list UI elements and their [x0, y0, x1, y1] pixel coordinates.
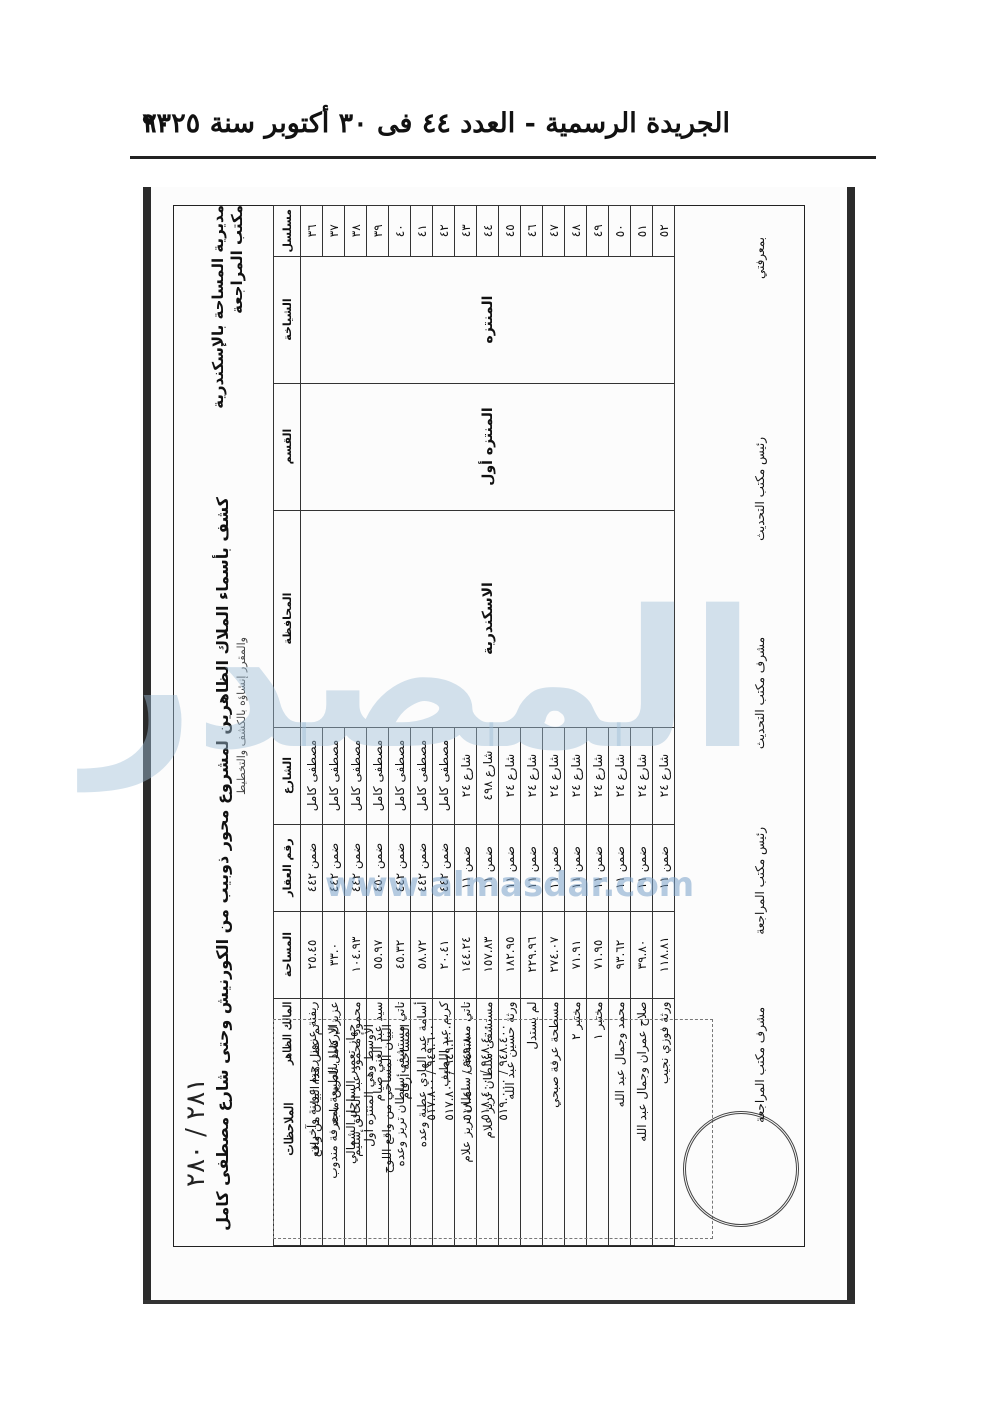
coordinate-line: ٩٤٩.٢٠٠ / ٥١٧.٨٠٠: [440, 1024, 458, 1234]
remarks-line: جهاز تعمير الساحل الشمالي: [342, 1024, 360, 1234]
signature-update-supervisor: مشرف مكتب التحديث: [753, 637, 767, 749]
qism-cell: المنتزه أول: [301, 383, 675, 510]
document-title: كشف بأسماء الملاك الظاهرين لمشروع محور ذ…: [213, 497, 232, 1231]
property-number-cell: ضمن ٤٤٢: [389, 824, 411, 911]
property-number-cell: ضمن ١١: [587, 824, 609, 911]
serial-cell: ٥١: [631, 206, 653, 257]
property-number-cell: ضمن ١١: [455, 824, 477, 911]
property-number-cell: ضمن ١١: [609, 824, 631, 911]
property-number-cell: ضمن ٤٤٢: [345, 824, 367, 911]
serial-cell: ٣٩: [367, 206, 389, 257]
serial-cell: ٤٦: [521, 206, 543, 257]
street-cell: مصطفى كامل: [367, 727, 389, 824]
street-cell: شارع ٢٤: [499, 727, 521, 824]
column-header: المساحة: [274, 911, 301, 998]
serial-cell: ٣٨: [345, 206, 367, 257]
property-number-cell: ضمن ١١: [631, 824, 653, 911]
street-cell: شارع ٢٤: [455, 727, 477, 824]
area-cell: ١١٨.٨١: [653, 911, 675, 998]
gazette-title: الجريدة الرسمية - العدد ٤٤ فى ٣٠ أكتوبر …: [142, 108, 730, 139]
column-header: مسلسل: [274, 206, 301, 257]
street-cell: شارع ٢٤: [587, 727, 609, 824]
property-number-cell: ضمن ٤٤٢: [411, 824, 433, 911]
gazette-header: الجريدة الرسمية - العدد ٤٤ فى ٣٠ أكتوبر …: [130, 108, 880, 148]
remarks-box: الملاحظات تم عمل هذا البيان من واقعالإرش…: [273, 1019, 713, 1239]
authority-block: مديرية المساحة بالإسكندرية مكتب المراجعة: [209, 205, 247, 409]
signature-update-head: رئيس مكتب التحديث: [753, 437, 767, 541]
serial-cell: ٤٨: [565, 206, 587, 257]
area-cell: ٥٨.٧٢: [411, 911, 433, 998]
street-cell: مصطفى كامل: [411, 727, 433, 824]
handwritten-reference: ٢٨١ / ٢٨٠: [181, 1078, 211, 1187]
remarks-coordinates: ٩٤٩.٦٠٠ / ٥١٧.٨٠٠٩٤٩.٢٠٠ / ٥١٧.٨٠٠٩٤٩.٨٠…: [422, 1024, 512, 1234]
rotated-page: مديرية المساحة بالإسكندرية مكتب المراجعة…: [173, 197, 813, 1247]
sheyakha-cell: المنتزه: [301, 256, 675, 383]
serial-cell: ٤٢: [433, 206, 455, 257]
column-header: المحافظة: [274, 510, 301, 727]
remarks-line: الإرشاد بالطبيعة بمعرفة مندوب: [324, 1024, 342, 1234]
serial-cell: ٤٧: [543, 206, 565, 257]
remarks-line: البيان المساحي من واقع اللوح: [378, 1024, 396, 1234]
street-cell: شارع ٢٤: [653, 727, 675, 824]
remarks-line: الأوسط وهي المنتزه أول: [360, 1024, 378, 1234]
area-cell: ١٤٤.٢٤: [455, 911, 477, 998]
street-cell: شارع ٤٩٨: [477, 727, 499, 824]
area-cell: ٧١.٩١: [565, 911, 587, 998]
governorate-cell: الاسكندرية: [301, 510, 675, 727]
area-cell: ٤٥.٣٢: [389, 911, 411, 998]
street-cell: شارع ٢٤: [631, 727, 653, 824]
signature-review-supervisor: مشرف مكتب المراجعة: [753, 1007, 767, 1123]
serial-cell: ٤١: [411, 206, 433, 257]
coordinate-line: ٩٤٨.٤٠٠ / ٥١٩.٠٠٠: [494, 1024, 512, 1234]
area-cell: ٧١.٩٥: [587, 911, 609, 998]
area-cell: ٢٠.٤١: [433, 911, 455, 998]
serial-cell: ٣٧: [323, 206, 345, 257]
street-cell: مصطفى كامل: [323, 727, 345, 824]
street-cell: شارع ٢٤: [609, 727, 631, 824]
remarks-title: الملاحظات: [282, 1024, 296, 1234]
area-cell: ١٠٤.٩٣: [345, 911, 367, 998]
property-number-cell: ضمن ٤٥٠: [367, 824, 389, 911]
area-cell: ٥٥.٩٧: [367, 911, 389, 998]
property-number-cell: ضمن ١١: [653, 824, 675, 911]
property-number-cell: ضمن ٤٤٢: [433, 824, 455, 911]
area-cell: ٢٢٩.٩٦: [521, 911, 543, 998]
serial-cell: ٤٤: [477, 206, 499, 257]
street-cell: مصطفى كامل: [301, 727, 323, 824]
signature-prepared: بمعرفتي: [753, 237, 767, 279]
column-header: الشياخة: [274, 256, 301, 383]
street-cell: مصطفى كامل: [345, 727, 367, 824]
area-cell: ١٥٧.٨٣: [477, 911, 499, 998]
property-number-cell: ضمن ١١: [565, 824, 587, 911]
serial-cell: ٥٠: [609, 206, 631, 257]
column-header: القسم: [274, 383, 301, 510]
remarks-text: تم عمل هذا البيان من واقعالإرشاد بالطبيع…: [306, 1024, 414, 1234]
coordinate-line: ٩٤٩.٦٠٠ / ٥١٧.٨٠٠: [422, 1024, 440, 1234]
coordinate-line: ٩٤٩.٨٠٠ / ٥١٨.٤٠٠: [458, 1024, 476, 1234]
scan-border-left: [143, 187, 151, 1300]
document-subtitle: والمقرر إنشاؤه بالكشف والتخطيط: [235, 637, 248, 795]
serial-cell: ٥٢: [653, 206, 675, 257]
header-divider: [130, 156, 876, 159]
office-name: مكتب المراجعة: [228, 205, 247, 409]
signatures-row: بمعرفتي رئيس مكتب التحديث مشرف مكتب التح…: [745, 237, 795, 1237]
street-cell: مصطفى كامل: [389, 727, 411, 824]
authority-name: مديرية المساحة بالإسكندرية: [209, 205, 228, 409]
coordinate-line: ٩٤٨.٤٠٠ / ٥١٨.٤٠٠: [476, 1024, 494, 1234]
area-cell: ٩٣.٦٢: [609, 911, 631, 998]
page-number: ٩٣: [142, 108, 171, 139]
street-cell: شارع ٢٤: [521, 727, 543, 824]
street-cell: شارع ٢٤: [543, 727, 565, 824]
street-cell: مصطفى كامل: [433, 727, 455, 824]
scanned-document: مديرية المساحة بالإسكندرية مكتب المراجعة…: [143, 187, 855, 1304]
serial-cell: ٤٠: [389, 206, 411, 257]
serial-cell: ٤٥: [499, 206, 521, 257]
area-cell: ٢٧٤.٠٧: [543, 911, 565, 998]
street-cell: شارع ٢٤: [565, 727, 587, 824]
serial-cell: ٤٣: [455, 206, 477, 257]
property-number-cell: ضمن ٤٤٢: [301, 824, 323, 911]
property-number-cell: ضمن ١١: [521, 824, 543, 911]
area-cell: ٢٥.٤٥: [301, 911, 323, 998]
area-cell: ٣٣.٠: [323, 911, 345, 998]
property-number-cell: ضمن ١١: [477, 824, 499, 911]
area-cell: ٣٩.٨٠: [631, 911, 653, 998]
remarks-line: المساحية أرقام: [396, 1024, 414, 1234]
area-cell: ١٨٢.٩٥: [499, 911, 521, 998]
property-number-cell: ضمن ١١: [499, 824, 521, 911]
property-number-cell: ضمن ٤٤٢: [323, 824, 345, 911]
serial-cell: ٣٦: [301, 206, 323, 257]
property-number-cell: ضمن ١١: [543, 824, 565, 911]
column-header: رقم العقار: [274, 824, 301, 911]
signature-review-head: رئيس مكتب المراجعة: [753, 827, 767, 935]
column-header: الشارع: [274, 727, 301, 824]
remarks-line: تم عمل هذا البيان من واقع: [306, 1024, 324, 1234]
scan-border-right: [847, 187, 855, 1300]
serial-cell: ٤٩: [587, 206, 609, 257]
